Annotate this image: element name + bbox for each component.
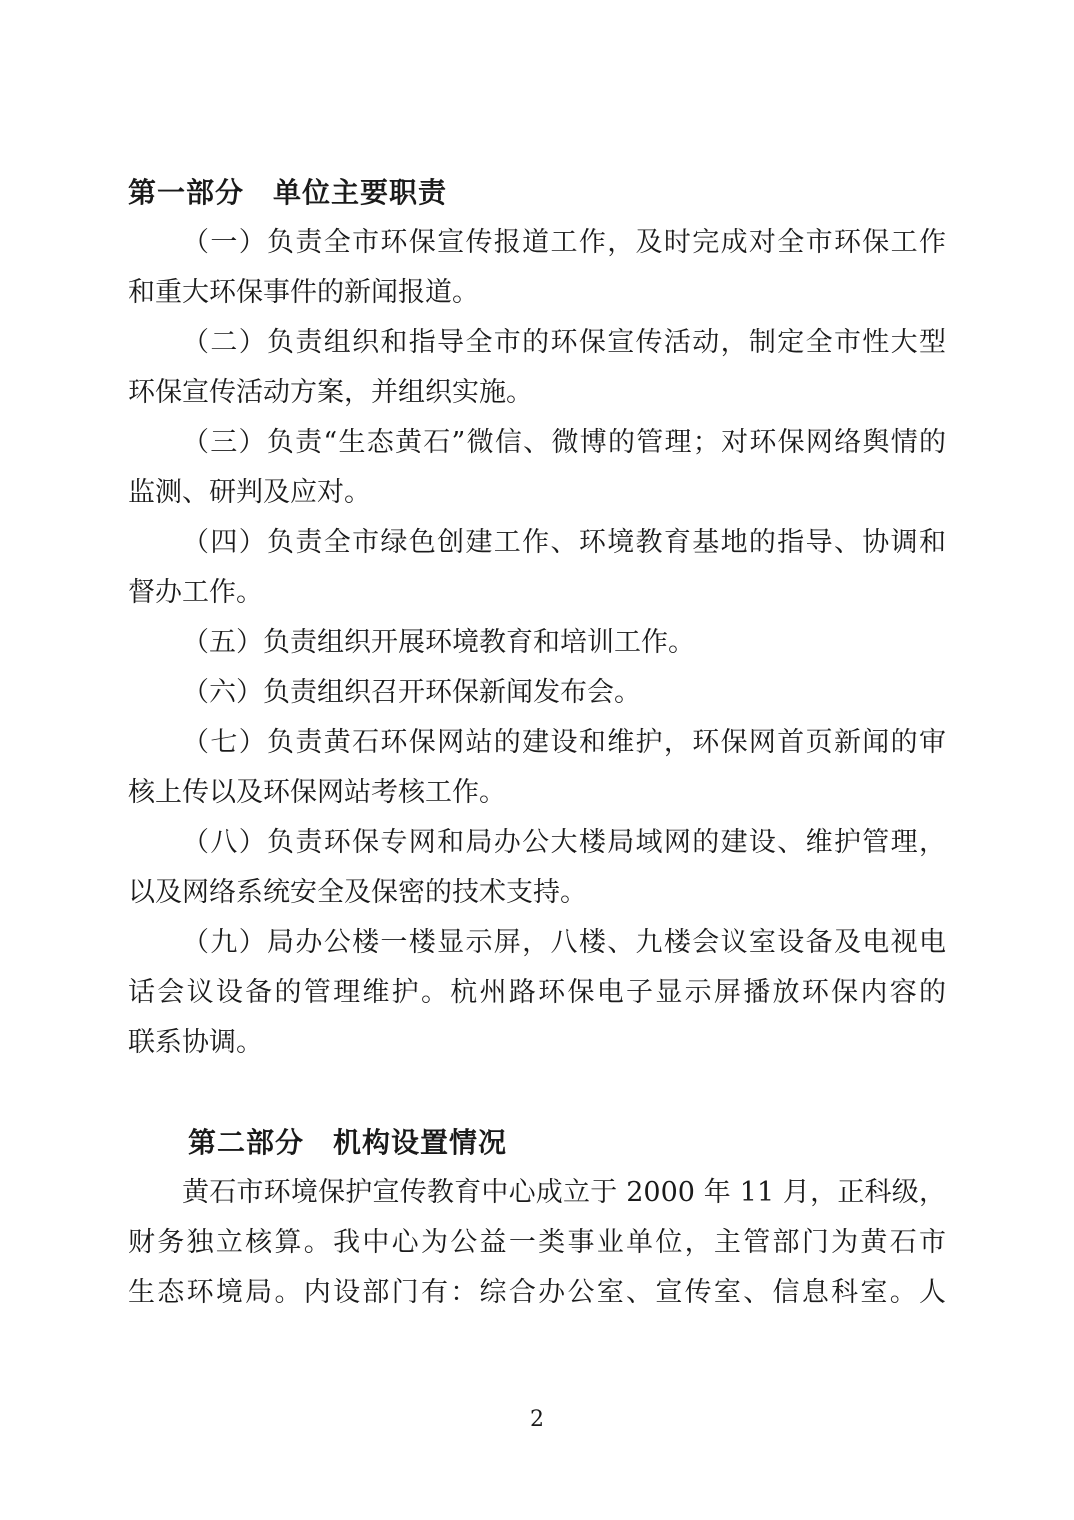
paragraph-line: 以及网络系统安全及保密的技术支持。 <box>128 868 946 918</box>
paragraph-line: （四）负责全市绿色创建工作、环境教育基地的指导、协调和 <box>128 518 946 568</box>
paragraph-line: 黄石市环境保护宣传教育中心成立于 2000 年 11 月，正科级， <box>128 1168 946 1218</box>
page-number: 2 <box>0 1405 1074 1435</box>
paragraph-line: 生态环境局。内设部门有：综合办公室、宣传室、信息科室。人 <box>128 1268 946 1318</box>
paragraph-line: 监测、研判及应对。 <box>128 468 946 518</box>
paragraph-line: 环保宣传活动方案，并组织实施。 <box>128 368 946 418</box>
section-spacer <box>128 1068 946 1118</box>
paragraph-line: 核上传以及环保网站考核工作。 <box>128 768 946 818</box>
paragraph-line: （七）负责黄石环保网站的建设和维护，环保网首页新闻的审 <box>128 718 946 768</box>
paragraph-line: （五）负责组织开展环境教育和培训工作。 <box>128 618 946 668</box>
paragraph-line: （六）负责组织召开环保新闻发布会。 <box>128 668 946 718</box>
paragraph-line: （一）负责全市环保宣传报道工作，及时完成对全市环保工作 <box>128 218 946 268</box>
paragraph-line: 财务独立核算。我中心为公益一类事业单位，主管部门为黄石市 <box>128 1218 946 1268</box>
paragraph-line: 督办工作。 <box>128 568 946 618</box>
document-content: 第一部分 单位主要职责（一）负责全市环保宣传报道工作，及时完成对全市环保工作和重… <box>128 168 946 1318</box>
section-heading: 第二部分 机构设置情况 <box>128 1118 946 1168</box>
paragraph-line: （八）负责环保专网和局办公大楼局域网的建设、维护管理， <box>128 818 946 868</box>
document-page: 第一部分 单位主要职责（一）负责全市环保宣传报道工作，及时完成对全市环保工作和重… <box>0 0 1074 1520</box>
paragraph-line: 话会议设备的管理维护。杭州路环保电子显示屏播放环保内容的 <box>128 968 946 1018</box>
paragraph-line: （二）负责组织和指导全市的环保宣传活动，制定全市性大型 <box>128 318 946 368</box>
paragraph-line: 联系协调。 <box>128 1018 946 1068</box>
paragraph-line: （九）局办公楼一楼显示屏，八楼、九楼会议室设备及电视电 <box>128 918 946 968</box>
paragraph-line: 和重大环保事件的新闻报道。 <box>128 268 946 318</box>
section-heading: 第一部分 单位主要职责 <box>128 168 946 218</box>
paragraph-line: （三）负责“生态黄石”微信、微博的管理；对环保网络舆情的 <box>128 418 946 468</box>
